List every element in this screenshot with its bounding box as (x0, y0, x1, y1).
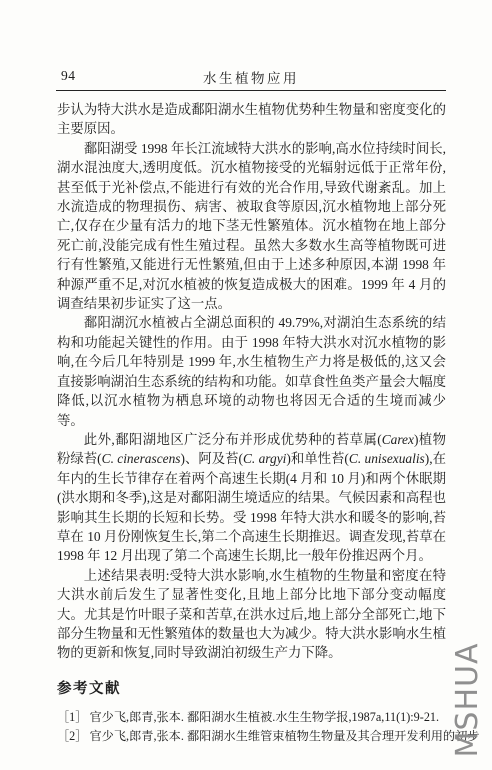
page-header: 94 水生植物应用 (57, 67, 445, 88)
reference-label: ［1］ (57, 710, 87, 724)
body-paragraph: 上述结果表明:受特大洪水影响,水生植物的生物量和密度在特大洪水前后发生了显著性变… (57, 566, 446, 663)
body-text: 步认为特大洪水是造成鄱阳湖水生植物优势种生物量和密度变化的主要原因。鄱阳湖受 1… (57, 100, 446, 663)
reference-item: ［1］官少飞,郎青,张本. 鄱阳湖水生植被.水生生物学报,1987a,11(1)… (57, 708, 446, 727)
species-latin-name: C. argyi (243, 451, 286, 466)
watermark-text: MSHUA (450, 635, 486, 765)
body-paragraph: 此外,鄱阳湖地区广泛分布并形成优势种的苔草属(Carex)植物粉绿苔(C. ci… (57, 430, 446, 566)
references-section: 参考文献 ［1］官少飞,郎青,张本. 鄱阳湖水生植被.水生生物学报,1987a,… (57, 677, 446, 746)
running-title: 水生植物应用 (203, 71, 299, 86)
species-latin-name: C. unisexualis (349, 451, 425, 466)
book-page: 94 水生植物应用 步认为特大洪水是造成鄱阳湖水生植物优势种生物量和密度变化的主… (0, 0, 492, 770)
reference-text: 官少飞,郎青,张本. 鄱阳湖水生维管束植物生物量及其合理开发利用的初步 (89, 729, 479, 743)
paragraph-text: 此外,鄱阳湖地区广泛分布并形成优势种的苔草属( (84, 432, 382, 447)
page-content: 步认为特大洪水是造成鄱阳湖水生植物优势种生物量和密度变化的主要原因。鄱阳湖受 1… (57, 100, 446, 746)
species-latin-name: C. cinerascens (102, 451, 181, 466)
body-paragraph: 鄱阳湖受 1998 年长江流域特大洪水的影响,高水位持续时间长,湖水混浊度大,透… (57, 139, 446, 314)
paragraph-text: 鄱阳湖沉水植被占全湖总面积的 49.79%,对湖泊生态系统的结构和功能起关键性的… (57, 315, 446, 427)
body-paragraph: 鄱阳湖沉水植被占全湖总面积的 49.79%,对湖泊生态系统的结构和功能起关键性的… (57, 313, 446, 429)
paragraph-text: ),在年内的生长节律存在着两个高速生长期(4 月和 10 月)和两个休眠期(洪水… (57, 451, 446, 563)
paragraph-text: )、阿及苔( (180, 451, 243, 466)
paragraph-text: 鄱阳湖受 1998 年长江流域特大洪水的影响,高水位持续时间长,湖水混浊度大,透… (57, 141, 446, 311)
paragraph-text: 步认为特大洪水是造成鄱阳湖水生植物优势种生物量和密度变化的主要原因。 (57, 102, 446, 136)
paragraph-text: 上述结果表明:受特大洪水影响,水生植物的生物量和密度在特大洪水前后发生了显著性变… (57, 568, 446, 661)
references-list: ［1］官少飞,郎青,张本. 鄱阳湖水生植被.水生生物学报,1987a,11(1)… (57, 708, 446, 746)
references-heading: 参考文献 (57, 677, 446, 698)
paragraph-text: )和单性苔( (286, 451, 349, 466)
reference-item: ［2］官少飞,郎青,张本. 鄱阳湖水生维管束植物生物量及其合理开发利用的初步 (57, 727, 446, 746)
page-number: 94 (61, 68, 76, 84)
reference-label: ［2］ (57, 729, 87, 743)
body-paragraph: 步认为特大洪水是造成鄱阳湖水生植物优势种生物量和密度变化的主要原因。 (57, 100, 446, 139)
header-rule (56, 90, 446, 91)
species-latin-name: Carex (382, 432, 414, 447)
reference-text: 官少飞,郎青,张本. 鄱阳湖水生植被.水生生物学报,1987a,11(1):9-… (89, 710, 439, 724)
